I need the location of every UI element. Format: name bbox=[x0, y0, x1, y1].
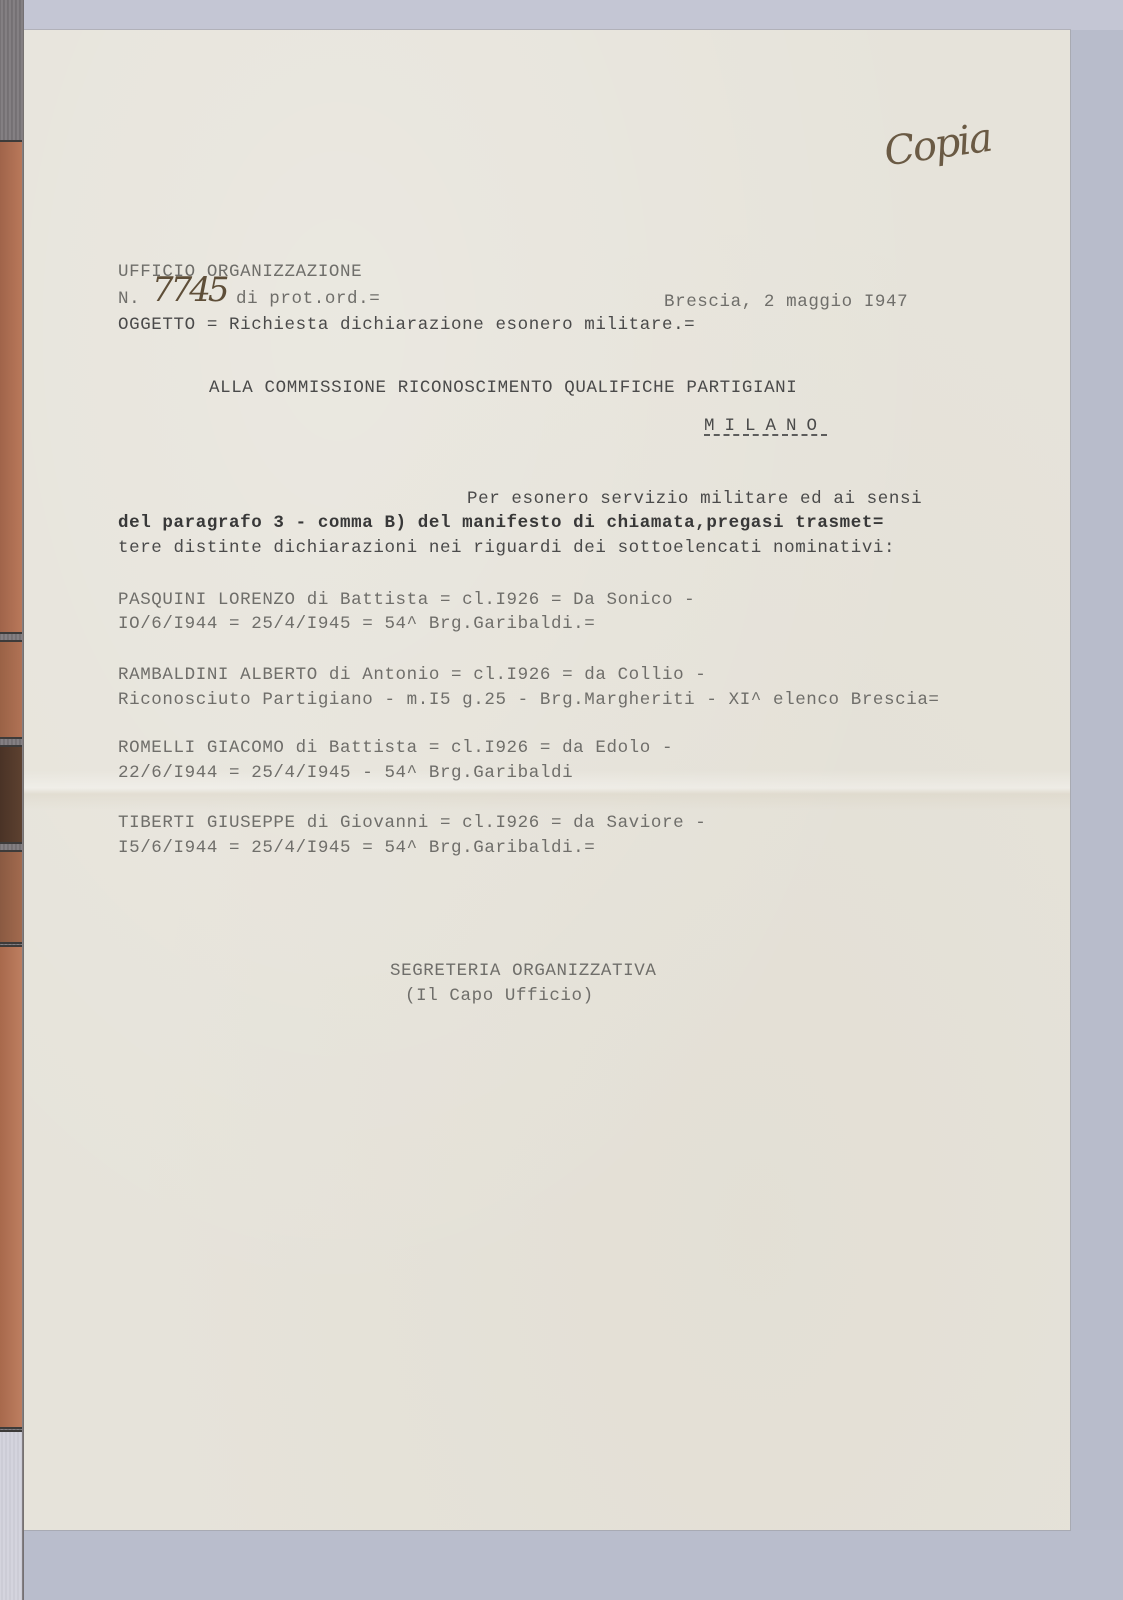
person-line-2: 22/6/I944 = 25/4/I945 - 54^ Brg.Garibald… bbox=[118, 765, 573, 783]
binding-segment bbox=[0, 945, 22, 1429]
subject-line: OGGETTO = Richiesta dichiarazione esoner… bbox=[118, 317, 695, 335]
body-line-3: tere distinte dichiarazioni nei riguardi… bbox=[118, 540, 895, 558]
place-date: Brescia, 2 maggio I947 bbox=[664, 294, 908, 312]
person-line-2: I5/6/I944 = 25/4/I945 = 54^ Brg.Garibald… bbox=[118, 840, 595, 858]
scan-stage: Copia UFFICIO ORGANIZZAZIONE N. 7745 di … bbox=[0, 0, 1123, 1600]
binding-segment bbox=[0, 745, 22, 844]
binding-segment bbox=[0, 140, 22, 634]
body-line-2: del paragrafo 3 - comma B) del manifesto… bbox=[118, 515, 884, 533]
person-line-1: TIBERTI GIUSEPPE di Giovanni = cl.I926 =… bbox=[118, 815, 706, 833]
archive-binding-strip bbox=[0, 0, 24, 1600]
scanner-background-right bbox=[1070, 30, 1123, 1600]
handwritten-protocol-number: 7745 bbox=[152, 270, 227, 310]
signature-office: SEGRETERIA ORGANIZZATIVA bbox=[390, 963, 656, 981]
scanner-background-bottom bbox=[24, 1530, 1123, 1600]
binding-segment bbox=[0, 1430, 22, 1600]
body-line-1: Per esonero servizio militare ed ai sens… bbox=[467, 491, 922, 509]
recipient-city: MILANO bbox=[704, 418, 827, 436]
binding-segment bbox=[0, 640, 22, 739]
handwritten-copia-note: Copia bbox=[881, 115, 993, 175]
signature-title: (Il Capo Ufficio) bbox=[405, 988, 594, 1006]
person-line-2: IO/6/I944 = 25/4/I945 = 54^ Brg.Garibald… bbox=[118, 616, 595, 634]
person-line-1: ROMELLI GIACOMO di Battista = cl.I926 = … bbox=[118, 740, 673, 758]
binding-segment bbox=[0, 850, 22, 944]
person-line-2: Riconosciuto Partigiano - m.I5 g.25 - Br… bbox=[118, 692, 940, 710]
recipient-line: ALLA COMMISSIONE RICONOSCIMENTO QUALIFIC… bbox=[209, 380, 797, 398]
document-page: Copia UFFICIO ORGANIZZAZIONE N. 7745 di … bbox=[24, 30, 1070, 1530]
person-line-1: PASQUINI LORENZO di Battista = cl.I926 =… bbox=[118, 592, 695, 610]
person-line-1: RAMBALDINI ALBERTO di Antonio = cl.I926 … bbox=[118, 667, 706, 685]
protocol-suffix: di prot.ord.= bbox=[236, 291, 380, 309]
protocol-prefix: N. bbox=[118, 291, 140, 309]
scanner-background-top bbox=[24, 0, 1123, 30]
